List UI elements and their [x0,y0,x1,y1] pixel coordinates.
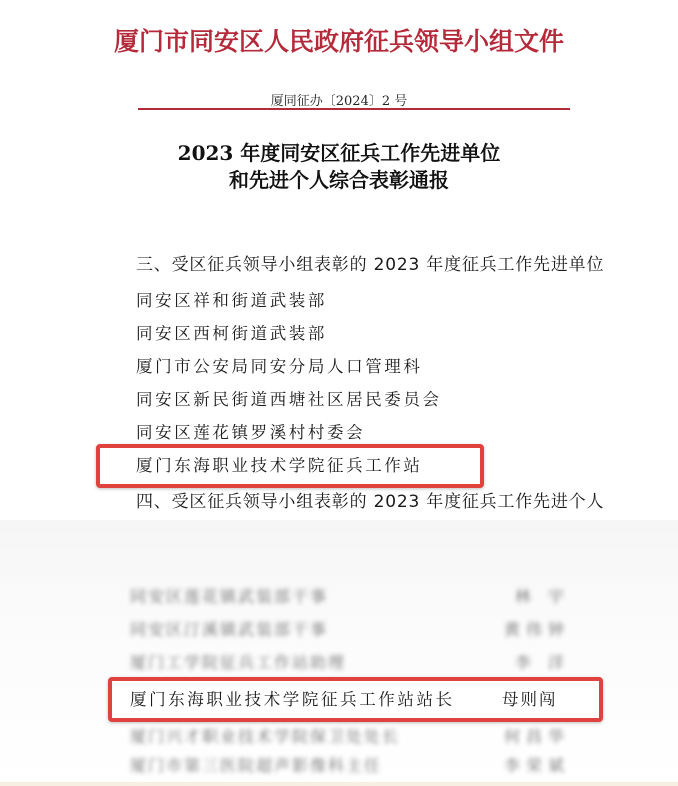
individual-row-blurred: 厦门兴才职业技术学院保卫处处长 何昌华 [130,724,600,746]
individual-name: 母则闯 [502,686,558,710]
individual-row-blurred: 同安区莲花镇武装部干事 林 宇 [130,584,600,606]
individual-position: 厦门市第三医院超声影像科主任 [130,753,382,776]
unit-item: 同安区莲花镇罗溪村村委会 [136,419,365,443]
individual-row-blurred: 同安区汀溪镇武装部干事 黄伟钟 [130,617,600,639]
individual-name: 李荣斌 [504,753,570,776]
header-divider [138,108,570,110]
individual-position: 厦门东海职业技术学院征兵工作站站长 [130,686,455,710]
individual-row-highlighted: 厦门东海职业技术学院征兵工作站站长 母则闯 [130,686,600,710]
title-line-1: 2023 年度同安区征兵工作先进单位 [0,140,678,167]
unit-item-highlighted: 厦门东海职业技术学院征兵工作站 [136,452,423,476]
individual-row-blurred: 厦门市第三医院超声影像科主任 李荣斌 [130,753,600,775]
individual-position: 同安区莲花镇武装部干事 [130,584,328,607]
section-three-heading: 三、受区征兵领导小组表彰的 2023 年度征兵工作先进单位 [136,250,604,275]
individual-name: 何昌华 [504,724,570,747]
individual-position: 厦门工学院征兵工作站助理 [130,650,346,673]
individual-row-blurred: 厦门工学院征兵工作站助理 李 洋 [130,650,600,672]
section-four-heading: 四、受区征兵领导小组表彰的 2023 年度征兵工作先进个人 [136,487,604,512]
individual-position: 同安区汀溪镇武装部干事 [130,617,328,640]
title-line-2: 和先进个人综合表彰通报 [0,167,678,194]
document-page: 厦门市同安区人民政府征兵领导小组文件 厦同征办〔2024〕2 号 2023 年度… [0,0,678,786]
individual-name: 黄伟钟 [504,617,570,640]
document-title: 2023 年度同安区征兵工作先进单位 和先进个人综合表彰通报 [0,140,678,194]
unit-item: 同安区西柯街道武装部 [136,320,327,344]
unit-item: 同安区新民街道西塘社区居民委员会 [136,386,442,410]
document-number: 厦同征办〔2024〕2 号 [0,90,678,109]
bottom-edge [0,782,678,786]
unit-item: 厦门市公安局同安分局人口管理科 [136,353,423,377]
individual-position: 厦门兴才职业技术学院保卫处处长 [130,724,400,747]
unit-item: 同安区祥和街道武装部 [136,287,327,311]
individual-name: 林 宇 [515,584,570,607]
issuer-header: 厦门市同安区人民政府征兵领导小组文件 [0,22,678,58]
individual-name: 李 洋 [515,650,570,673]
